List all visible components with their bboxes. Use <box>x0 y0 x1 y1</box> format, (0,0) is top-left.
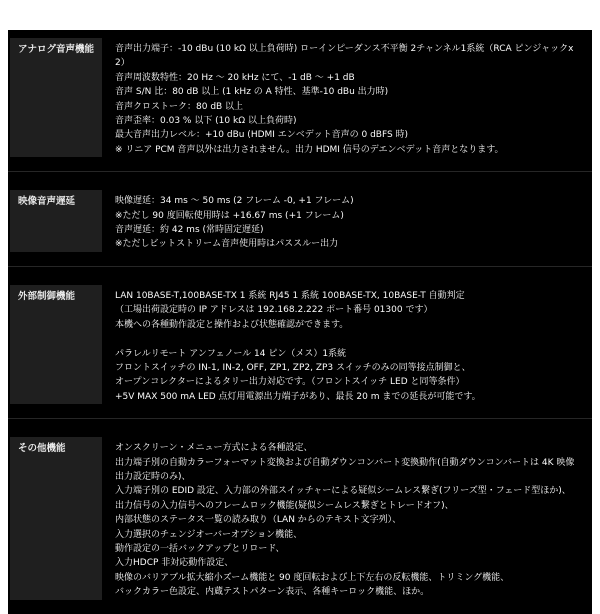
spec-row-content: オンスクリーン・メニュー方式による各種設定、出力端子別の自動カラーフォーマット変… <box>115 437 582 599</box>
spec-row-label: 外部制御機能 <box>10 285 102 404</box>
spec-line: 出力端子別の自動カラーフォーマット変換および自動ダウンコンバート変換動作(自動ダ… <box>115 456 582 485</box>
spec-line: 動作設定の一括バックアップとリロード、 <box>115 542 582 556</box>
spec-line: 入力HDCP 非対応動作設定、 <box>115 556 582 570</box>
spec-line: 内部状態のステータス一覧の読み取り（LAN からのテキスト文字列）、 <box>115 513 582 527</box>
spec-line: ※ただしビットストリーム音声使用時はパススルー出力 <box>115 237 582 251</box>
spec-row-content: 音声出力端子：-10 dBu (10 kΩ 以上負荷時) ローインピーダンス不平… <box>115 38 582 157</box>
spec-row-label: アナログ音声機能 <box>10 38 102 157</box>
spec-line: LAN 10BASE-T,100BASE-TX 1 系統 RJ45 1 系統 1… <box>115 289 582 303</box>
page: アナログ音声機能 音声出力端子：-10 dBu (10 kΩ 以上負荷時) ロー… <box>0 0 600 600</box>
spec-line: 音声周波数特性：20 Hz ～ 20 kHz にて、-1 dB ～ +1 dB <box>115 71 582 85</box>
spec-line: 音声歪率：0.03 % 以下 (10 kΩ 以上負荷時) <box>115 114 582 128</box>
spec-row-av-delay: 映像音声遅延 映像遅延：34 ms ～ 50 ms (2 フレーム -0, +1… <box>8 171 592 266</box>
spec-line <box>115 332 582 346</box>
spec-row-content: 映像遅延：34 ms ～ 50 ms (2 フレーム -0, +1 フレーム)※… <box>115 190 582 252</box>
spec-line: フロントスイッチの IN-1, IN-2, OFF, ZP1, ZP2, ZP3… <box>115 361 582 375</box>
spec-line: オープンコレクターによるタリー出力対応です。（フロントスイッチ LED と同等条… <box>115 375 582 389</box>
spec-line: 映像遅延：34 ms ～ 50 ms (2 フレーム -0, +1 フレーム) <box>115 194 582 208</box>
spec-line: バックカラー色設定、内蔵テストパターン表示、各種キーロック機能、ほか。 <box>115 585 582 599</box>
spec-line: ※ただし 90 度回転使用時は +16.67 ms (+1 フレーム) <box>115 209 582 223</box>
spec-line: 音声クロストーク：80 dB 以上 <box>115 100 582 114</box>
spec-line: オンスクリーン・メニュー方式による各種設定、 <box>115 441 582 455</box>
spec-line: 入力端子別の EDID 設定、入力部の外部スイッチャーによる疑似シームレス繋ぎ(… <box>115 484 582 498</box>
spec-line: 出力信号の入力信号へのフレームロック機能(疑似シームレス繋ぎとトレードオフ)、 <box>115 499 582 513</box>
spec-line: 本機への各種動作設定と操作および状態確認ができます。 <box>115 318 582 332</box>
spec-line: ※ リニア PCM 音声以外は出力されません。出力 HDMI 信号のデエンベデッ… <box>115 143 582 157</box>
spec-line: 映像のバリアブル拡大縮小ズーム機能と 90 度回転および上下左右の反転機能、トリ… <box>115 571 582 585</box>
spec-line: 音声出力端子：-10 dBu (10 kΩ 以上負荷時) ローインピーダンス不平… <box>115 42 582 71</box>
spec-table: アナログ音声機能 音声出力端子：-10 dBu (10 kΩ 以上負荷時) ロー… <box>8 30 592 614</box>
spec-row-other-functions: その他機能 オンスクリーン・メニュー方式による各種設定、出力端子別の自動カラーフ… <box>8 418 592 613</box>
spec-line: +5V MAX 500 mA LED 点灯用電源出力端子があり、最長 20 m … <box>115 390 582 404</box>
spec-row-label: 映像音声遅延 <box>10 190 102 252</box>
spec-line: パラレルリモート アンフェノール 14 ピン（メス）1系統 <box>115 347 582 361</box>
spec-line: 音声遅延：約 42 ms (常時固定遅延) <box>115 223 582 237</box>
spec-line: （工場出荷設定時の IP アドレスは 192.168.2.222 ポート番号 0… <box>115 303 582 317</box>
spec-line: 音声 S/N 比：80 dB 以上 (1 kHz の A 特性、基準-10 dB… <box>115 85 582 99</box>
spec-row-label: その他機能 <box>10 437 102 599</box>
spec-row-analog-audio: アナログ音声機能 音声出力端子：-10 dBu (10 kΩ 以上負荷時) ロー… <box>8 30 592 171</box>
spec-row-content: LAN 10BASE-T,100BASE-TX 1 系統 RJ45 1 系統 1… <box>115 285 582 404</box>
spec-line: 最大音声出力レベル：+10 dBu (HDMI エンベデット音声の 0 dBFS… <box>115 128 582 142</box>
spec-line: 入力選択のチェンジオーバーオプション機能、 <box>115 528 582 542</box>
spec-row-external-control: 外部制御機能 LAN 10BASE-T,100BASE-TX 1 系統 RJ45… <box>8 266 592 418</box>
